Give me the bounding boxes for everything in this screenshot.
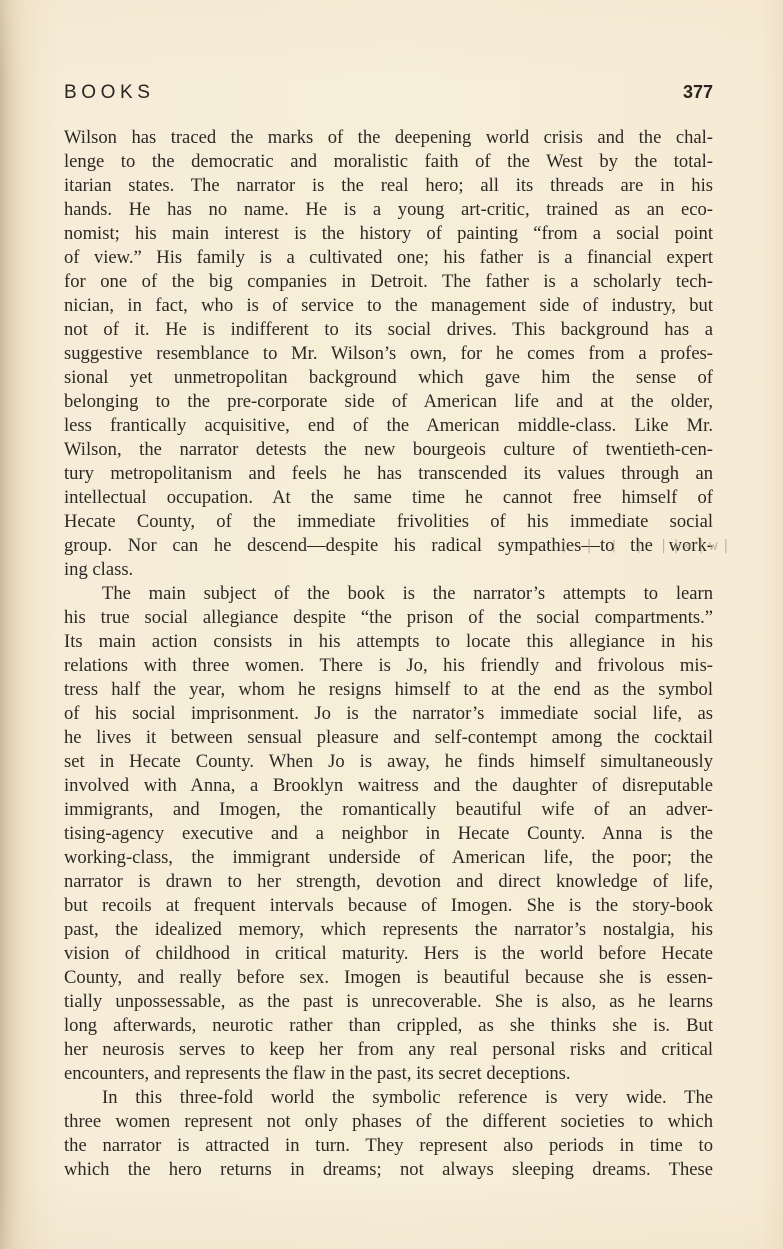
text-line: nomist; his main interest is the history…	[64, 222, 713, 246]
text-line: tury metropolitanism and feels he has tr…	[64, 462, 713, 486]
text-line: relations with three women. There is Jo,…	[64, 654, 713, 678]
text-line: County, and really before sex. Imogen is…	[64, 966, 713, 990]
text-line: tially unpossessable, as the past is unr…	[64, 990, 713, 1014]
text-line: In this three-fold world the symbolic re…	[64, 1086, 713, 1110]
text-line: of view.” His family is a cultivated one…	[64, 246, 713, 270]
text-line: he lives it between sensual pleasure and…	[64, 726, 713, 750]
text-line: involved with Anna, a Brooklyn waitress …	[64, 774, 713, 798]
text-line: hands. He has no name. He is a young art…	[64, 198, 713, 222]
paragraph-1: Wilson has traced the marks of the deepe…	[64, 126, 713, 582]
running-head: BOOKS 377	[64, 82, 713, 108]
text-line: belonging to the pre-corporate side of A…	[64, 390, 713, 414]
text-line: for one of the big companies in Detroit.…	[64, 270, 713, 294]
page-number: 377	[683, 82, 713, 103]
text-line: immigrants, and Imogen, the romantically…	[64, 798, 713, 822]
text-line: but recoils at frequent intervals becaus…	[64, 894, 713, 918]
text-line: Wilson has traced the marks of the deepe…	[64, 126, 713, 150]
scanned-book-page: BOOKS 377 Wilson has traced the marks of…	[0, 0, 783, 1249]
article-body: Wilson has traced the marks of the deepe…	[64, 126, 713, 1182]
text-line: ing class.	[64, 558, 713, 582]
section-title: BOOKS	[64, 82, 155, 104]
text-line: Hecate County, of the immediate frivolit…	[64, 510, 713, 534]
text-line: the narrator is attracted in turn. They …	[64, 1134, 713, 1158]
text-line: tising-agency executive and a neighbor i…	[64, 822, 713, 846]
text-line: less frantically acquisitive, end of the…	[64, 414, 713, 438]
text-line: vision of childhood in critical maturity…	[64, 942, 713, 966]
text-line: Its main action consists in his attempts…	[64, 630, 713, 654]
text-line: narrator is drawn to her strength, devot…	[64, 870, 713, 894]
text-line: which the hero returns in dreams; not al…	[64, 1158, 713, 1182]
text-line: working-class, the immigrant underside o…	[64, 846, 713, 870]
text-line: itarian states. The narrator is the real…	[64, 174, 713, 198]
text-line: intellectual occupation. At the same tim…	[64, 486, 713, 510]
text-line: long afterwards, neurotic rather than cr…	[64, 1014, 713, 1038]
paragraph-3: In this three-fold world the symbolic re…	[64, 1086, 713, 1182]
text-line: suggestive resemblance to Mr. Wilson’s o…	[64, 342, 713, 366]
text-line: lenge to the democratic and moralistic f…	[64, 150, 713, 174]
text-line: nician, in fact, who is of service to th…	[64, 294, 713, 318]
scan-artifact-marks: ¦ | ¦ | ||«|w|	[560, 538, 734, 554]
text-line: encounters, and represents the flaw in t…	[64, 1062, 713, 1086]
paragraph-2: The main subject of the book is the narr…	[64, 582, 713, 1086]
text-line: his true social allegiance despite “the …	[64, 606, 713, 630]
text-line: Wilson, the narrator detests the new bou…	[64, 438, 713, 462]
text-line: three women represent not only phases of…	[64, 1110, 713, 1134]
text-line: sional yet unmetropolitan background whi…	[64, 366, 713, 390]
text-line: The main subject of the book is the narr…	[64, 582, 713, 606]
text-line: tress half the year, whom he resigns him…	[64, 678, 713, 702]
text-line: set in Hecate County. When Jo is away, h…	[64, 750, 713, 774]
text-line: past, the idealized memory, which repres…	[64, 918, 713, 942]
text-line: her neurosis serves to keep her from any…	[64, 1038, 713, 1062]
text-line: not of it. He is indifferent to its soci…	[64, 318, 713, 342]
text-line: of his social imprisonment. Jo is the na…	[64, 702, 713, 726]
